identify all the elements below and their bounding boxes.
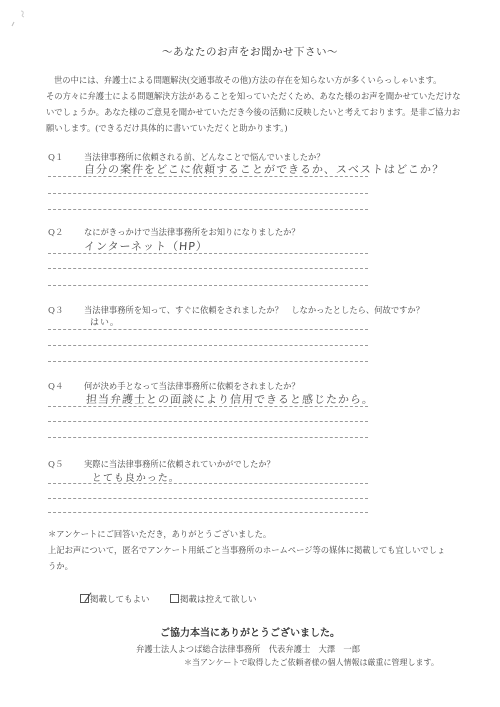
intro-paragraph-2: その方々に弁護士による問題解決方法があることを知っていただくため、あなた様のお声… [46, 88, 466, 136]
answer-line [48, 268, 368, 269]
answer-line [48, 176, 368, 177]
answer-line [48, 498, 368, 499]
answer-line [48, 285, 368, 286]
firm-signature: 弁護士法人よつば総合法律事務所 代表弁護士 大澤 一郎 [136, 643, 360, 655]
consent-yes-label: 掲載してもよい [90, 595, 150, 605]
consent-option-no[interactable]: 掲載は控えて欲しい [170, 593, 257, 605]
q3-answer: はい。 [90, 315, 121, 328]
q5-label: Q５ [48, 458, 63, 470]
answer-line [48, 329, 368, 330]
closing-note: ＊アンケートにご回答いただき，ありがとうございました。 上記お声について，匿名で… [48, 526, 448, 574]
q5-answer: とても良かった。 [91, 469, 180, 484]
intro-text: 世の中には、弁護士による問題解決(交通事故その他)方法の存在を知らない方が多くい… [46, 72, 466, 136]
consent-no-label: 掲載は控えて欲しい [180, 595, 257, 605]
stray-pen-mark [8, 6, 30, 28]
answer-line [48, 253, 368, 254]
answer-line [48, 437, 368, 438]
answer-line [48, 512, 368, 513]
q1-answer: 自分の案件をどこに依頼することができるか、スベストはどこか？ [83, 161, 444, 177]
answer-line [48, 421, 368, 422]
checkbox-checked-icon[interactable] [80, 594, 89, 603]
answer-line [48, 193, 368, 194]
page-title: ～あなたのお声をお聞かせ下さい～ [0, 44, 500, 59]
closing-note-consent-question: 上記お声について，匿名でアンケート用紙ごと当事務所のホームページ等の媒体に掲載し… [48, 542, 448, 574]
answer-line [48, 361, 368, 362]
thanks-message: ご協力本当にありがとうございました。 [0, 624, 500, 639]
q4-label: Q４ [48, 380, 63, 392]
privacy-note: ＊当アンケートで取得したご依頼者様の個人情報は厳重に管理します。 [184, 657, 439, 668]
answer-line [48, 345, 368, 346]
q2-question: なにがきっかけで当法律事務所をお知りになりましたか？ [84, 226, 300, 238]
q4-answer: 担当弁護士との面談により信用できると感じたから。 [85, 391, 374, 407]
q2-answer: インターネット（HP） [83, 238, 208, 254]
answer-line [48, 406, 368, 407]
q3-label: Q３ [48, 304, 63, 316]
q2-label: Q２ [48, 226, 63, 238]
answer-line [48, 209, 368, 210]
intro-paragraph-1: 世の中には、弁護士による問題解決(交通事故その他)方法の存在を知らない方が多くい… [46, 72, 466, 88]
checkbox-empty-icon[interactable] [170, 594, 179, 603]
consent-option-yes[interactable]: 掲載してもよい [80, 593, 150, 605]
q1-label: Q１ [48, 151, 63, 163]
closing-note-thanks: ＊アンケートにご回答いただき，ありがとうございました。 [48, 526, 448, 542]
answer-line [48, 483, 368, 484]
q3-question: 当法律事務所を知って、すぐに依頼をされましたか？ しなかったとしたら、何故ですか… [84, 304, 424, 316]
